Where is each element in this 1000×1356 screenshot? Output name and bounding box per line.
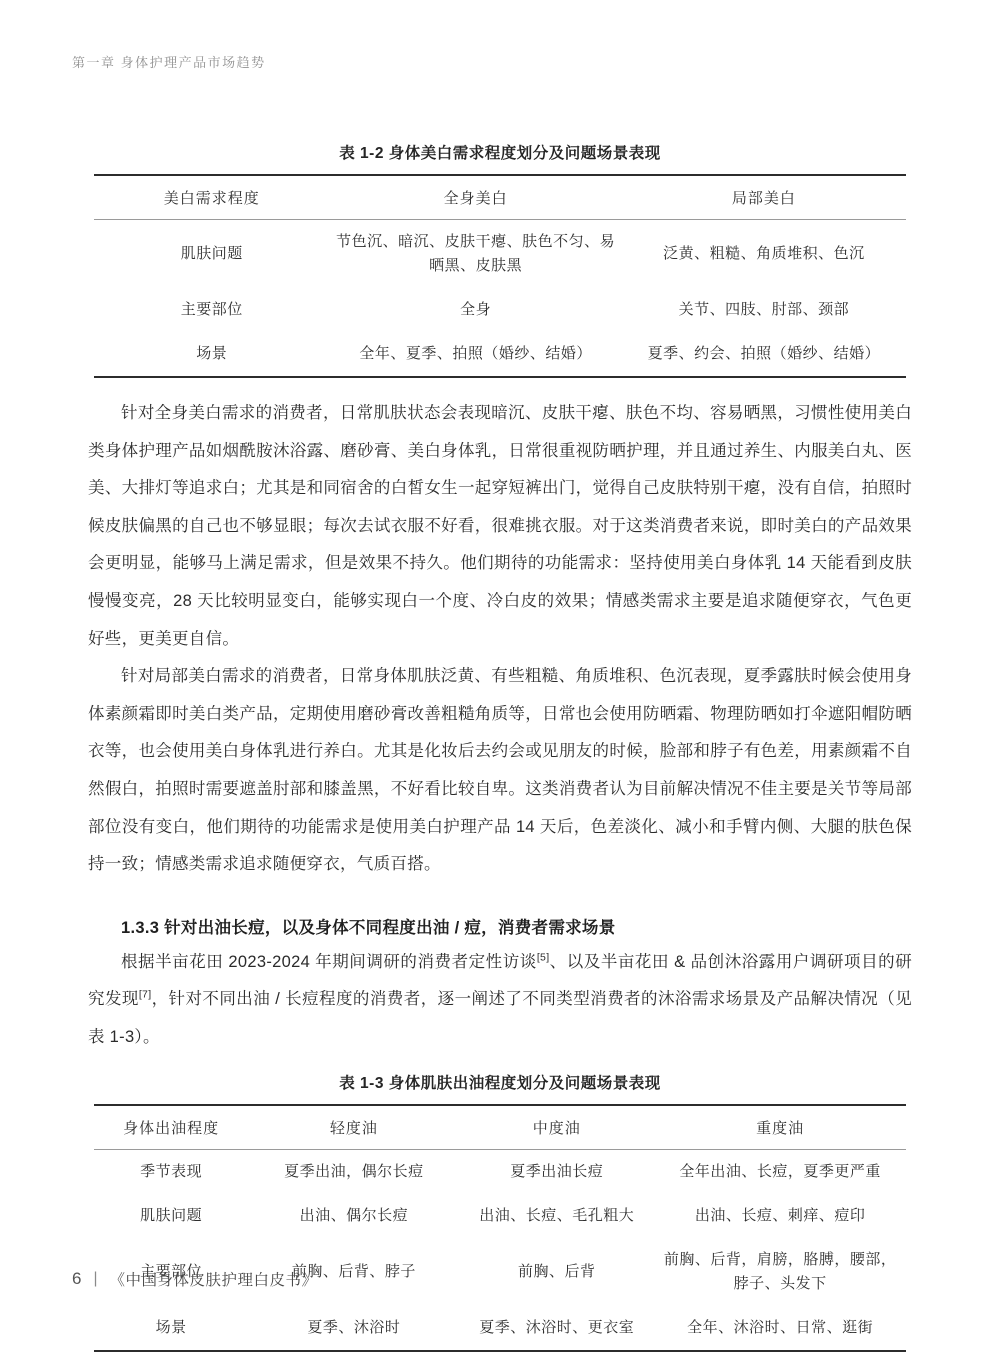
table-1-2-header-row: 美白需求程度 全身美白 局部美白 [94, 175, 906, 220]
table-1-3-title: 表 1-3 身体肌肤出油程度划分及问题场景表现 [88, 1071, 912, 1093]
paragraph-text-segment: ，针对不同出油 / 长痘程度的消费者，逐一阐述了不同类型消费者的沐浴需求场景及产… [88, 990, 912, 1046]
table-1-3-header-col4: 重度油 [654, 1105, 906, 1150]
table-1-2: 美白需求程度 全身美白 局部美白 肌肤问题 节色沉、暗沉、皮肤干瘪、肤色不匀、易… [94, 174, 906, 378]
table-1-3-r3c4: 前胸、后背，肩膀，胳膊，腰部，脖子、头发下 [654, 1238, 906, 1306]
table-1-3-r1c4: 全年出油、长痘，夏季更严重 [654, 1149, 906, 1194]
page-footer: 6 | 《中国身体皮肤护理白皮书》 [72, 1268, 318, 1290]
table-1-3-header-col3: 中度油 [459, 1105, 654, 1150]
page-number: 6 [72, 1269, 81, 1289]
citation-ref-5: [5] [537, 951, 550, 963]
table-row: 场景 夏季、沐浴时 夏季、沐浴时、更衣室 全年、沐浴时、日常、逛街 [94, 1306, 906, 1351]
table-1-2-r1c1: 肌肤问题 [94, 220, 329, 289]
table-1-2-title: 表 1-2 身体美白需求程度划分及问题场景表现 [88, 141, 912, 163]
table-1-3-r2c1: 肌肤问题 [94, 1194, 248, 1238]
table-1-3-header-row: 身体出油程度 轻度油 中度油 重度油 [94, 1105, 906, 1150]
table-row: 场景 全年、夏季、拍照（婚纱、结婚） 夏季、约会、拍照（婚纱、结婚） [94, 332, 906, 377]
table-1-3-r2c3: 出油、长痘、毛孔粗大 [459, 1194, 654, 1238]
table-1-2-r1c3: 泛黄、粗糙、角质堆积、色沉 [622, 220, 906, 289]
table-1-3-header-col2: 轻度油 [248, 1105, 459, 1150]
table-1-3: 身体出油程度 轻度油 中度油 重度油 季节表现 夏季出油，偶尔长痘 夏季出油长痘… [94, 1104, 906, 1352]
table-1-3-r4c4: 全年、沐浴时、日常、逛街 [654, 1306, 906, 1351]
table-row: 肌肤问题 出油、偶尔长痘 出油、长痘、毛孔粗大 出油、长痘、刺痒、痘印 [94, 1194, 906, 1238]
table-1-2-r3c2: 全年、夏季、拍照（婚纱、结婚） [329, 332, 621, 377]
table-1-2-r2c3: 关节、四肢、肘部、颈部 [622, 288, 906, 332]
table-1-3-r4c1: 场景 [94, 1306, 248, 1351]
table-1-3-r1c2: 夏季出油，偶尔长痘 [248, 1149, 459, 1194]
table-1-2-r1c2: 节色沉、暗沉、皮肤干瘪、肤色不匀、易晒黑、皮肤黑 [329, 220, 621, 289]
table-1-2-r3c1: 场景 [94, 332, 329, 377]
paragraph-oil-acne-intro: 根据半亩花田 2023-2024 年期间调研的消费者定性访谈[5]、以及半亩花田… [88, 944, 912, 1057]
table-1-3-r2c2: 出油、偶尔长痘 [248, 1194, 459, 1238]
page-content: 表 1-2 身体美白需求程度划分及问题场景表现 美白需求程度 全身美白 局部美白… [88, 0, 912, 1352]
citation-ref-7: [7] [139, 989, 152, 1001]
table-1-3-r1c3: 夏季出油长痘 [459, 1149, 654, 1194]
footer-separator: | [93, 1270, 97, 1288]
table-1-3-r4c2: 夏季、沐浴时 [248, 1306, 459, 1351]
table-1-2-r3c3: 夏季、约会、拍照（婚纱、结婚） [622, 332, 906, 377]
table-1-3-r4c3: 夏季、沐浴时、更衣室 [459, 1306, 654, 1351]
table-1-3-r1c1: 季节表现 [94, 1149, 248, 1194]
table-1-2-header-col2: 全身美白 [329, 175, 621, 220]
table-1-2-r2c1: 主要部位 [94, 288, 329, 332]
table-1-2-header-col3: 局部美白 [622, 175, 906, 220]
table-row: 主要部位 全身 关节、四肢、肘部、颈部 [94, 288, 906, 332]
paragraph-text-segment: 根据半亩花田 2023-2024 年期间调研的消费者定性访谈 [121, 953, 537, 971]
table-1-3-header-col1: 身体出油程度 [94, 1105, 248, 1150]
section-heading-1-3-3: 1.3.3 针对出油长痘，以及身体不同程度出油 / 痘，消费者需求场景 [88, 914, 912, 938]
table-1-2-header-col1: 美白需求程度 [94, 175, 329, 220]
table-row: 肌肤问题 节色沉、暗沉、皮肤干瘪、肤色不匀、易晒黑、皮肤黑 泛黄、粗糙、角质堆积… [94, 220, 906, 289]
table-1-3-r2c4: 出油、长痘、刺痒、痘印 [654, 1194, 906, 1238]
table-1-3-r3c3: 前胸、后背 [459, 1238, 654, 1306]
paragraph-full-body-whitening: 针对全身美白需求的消费者，日常肌肤状态会表现暗沉、皮肤干瘪、肤色不均、容易晒黑，… [88, 395, 912, 658]
table-row: 季节表现 夏季出油，偶尔长痘 夏季出油长痘 全年出油、长痘，夏季更严重 [94, 1149, 906, 1194]
book-title: 《中国身体皮肤护理白皮书》 [110, 1268, 318, 1290]
paragraph-local-whitening: 针对局部美白需求的消费者，日常身体肌肤泛黄、有些粗糙、角质堆积、色沉表现，夏季露… [88, 658, 912, 884]
table-1-2-r2c2: 全身 [329, 288, 621, 332]
